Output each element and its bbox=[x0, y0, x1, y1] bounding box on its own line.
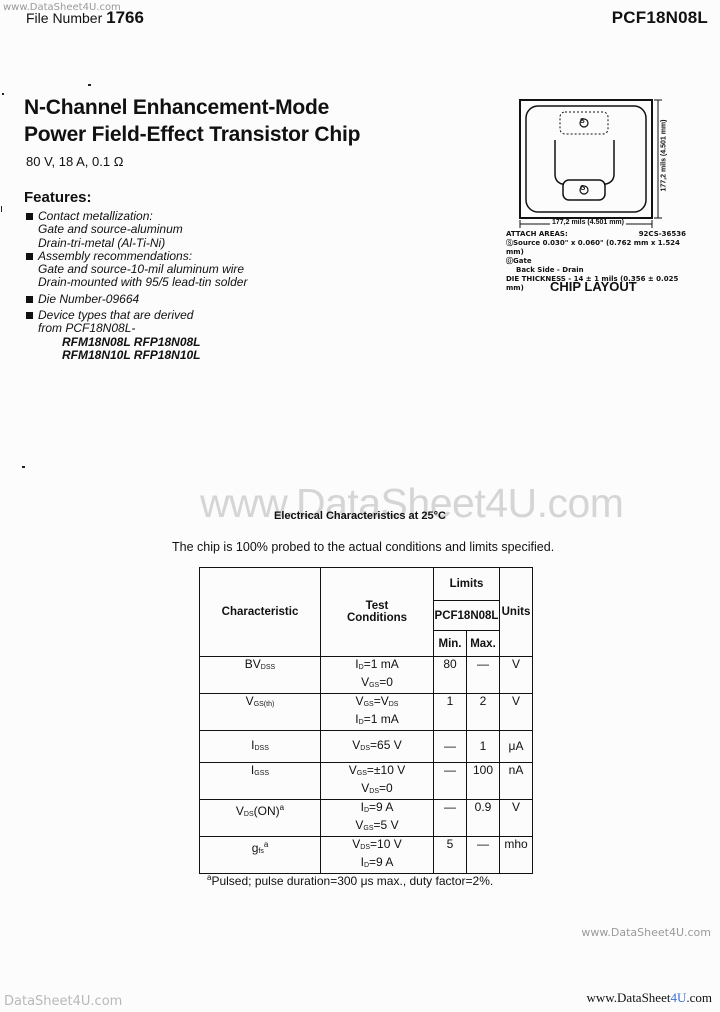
file-number-value: 1766 bbox=[106, 8, 144, 27]
cell-characteristic: gfsa bbox=[200, 837, 321, 874]
cell-characteristic: IGSS bbox=[200, 763, 321, 800]
cell-min: — bbox=[434, 731, 467, 763]
derived-devices-line: RFM18N10L RFP18N10L bbox=[38, 349, 324, 362]
table-row: VGS(th)VGS=VDSID=1 mA12V bbox=[200, 694, 533, 731]
title-line-2: Power Field-Effect Transistor Chip bbox=[24, 121, 360, 148]
feature-subtext: Drain-mounted with 95/5 lead-tin solder bbox=[38, 276, 324, 289]
bullet-icon bbox=[26, 253, 33, 260]
cell-units: nA bbox=[500, 763, 533, 800]
cell-characteristic: BVDSS bbox=[200, 657, 321, 694]
cell-min: — bbox=[434, 800, 467, 837]
cell-conditions: VDS=10 VID=9 A bbox=[321, 837, 434, 874]
footnote: aPulsed; pulse duration=300 μs max., dut… bbox=[207, 873, 493, 888]
cell-units: V bbox=[500, 657, 533, 694]
scan-speck bbox=[1, 206, 2, 212]
cell-units: V bbox=[500, 694, 533, 731]
feature-text: Device types that are derived bbox=[38, 309, 324, 322]
source-label: Source bbox=[513, 239, 540, 247]
watermark-bottom-right: www.DataSheet4U.com bbox=[586, 990, 712, 1006]
cell-units: mho bbox=[500, 837, 533, 874]
gate-label: Gate bbox=[513, 257, 532, 265]
cell-min: 5 bbox=[434, 837, 467, 874]
header-characteristic: Characteristic bbox=[200, 568, 321, 657]
cell-max: 1 bbox=[467, 731, 500, 763]
attach-areas-label: ATTACH AREAS: bbox=[506, 230, 568, 238]
cell-conditions: ID=1 mAVGS=0 bbox=[321, 657, 434, 694]
file-number: File Number 1766 bbox=[26, 8, 144, 28]
table-body: BVDSSID=1 mAVGS=080—VVGS(th)VGS=VDSID=1 … bbox=[200, 657, 533, 874]
feature-item: Assembly recommendations: Gate and sourc… bbox=[24, 250, 324, 290]
header-units: Units bbox=[500, 568, 533, 657]
scan-speck bbox=[22, 466, 25, 468]
cell-conditions: VGS=±10 VVDS=0 bbox=[321, 763, 434, 800]
feature-subtext: from PCF18N08L- bbox=[38, 322, 324, 335]
header-limits: Limits bbox=[434, 568, 500, 601]
cell-characteristic: VDS(ON)a bbox=[200, 800, 321, 837]
feature-subtext: Gate and source-10-mil aluminum wire bbox=[38, 263, 324, 276]
table-row: IGSSVGS=±10 VVDS=0—100nA bbox=[200, 763, 533, 800]
chip-layout-caption: CHIP LAYOUT bbox=[550, 279, 637, 294]
watermark-bottom-left: DataSheet4U.com bbox=[4, 994, 122, 1009]
header-max: Max. bbox=[467, 631, 500, 657]
bullet-icon bbox=[26, 296, 33, 303]
electrical-characteristics-table: Characteristic TestConditions Limits Uni… bbox=[199, 567, 533, 874]
scan-speck bbox=[88, 84, 91, 86]
header-test-conditions: TestConditions bbox=[321, 568, 434, 657]
electrical-description: The chip is 100% probed to the actual co… bbox=[172, 540, 554, 554]
derived-devices-line: RFM18N08L RFP18N08L bbox=[38, 336, 324, 349]
feature-item: Die Number-09664 bbox=[24, 293, 324, 306]
footnote-text: Pulsed; pulse duration=300 μs max., duty… bbox=[211, 874, 493, 888]
feature-subtext: Gate and source-aluminum bbox=[38, 223, 324, 236]
height-dimension: 177,2 mils (4.501 mm) bbox=[661, 116, 668, 196]
cell-min: 80 bbox=[434, 657, 467, 694]
header-min: Min. bbox=[434, 631, 467, 657]
cell-max: — bbox=[467, 657, 500, 694]
wm-post: .com bbox=[686, 990, 712, 1005]
feature-text: Contact metallization: bbox=[38, 210, 324, 223]
cell-conditions: ID=9 AVGS=5 V bbox=[321, 800, 434, 837]
watermark-mid-right: www.DataSheet4U.com bbox=[581, 926, 711, 939]
wm-pre: www.DataSheet bbox=[586, 990, 670, 1005]
table-row: VDS(ON)aID=9 AVGS=5 V—0.9V bbox=[200, 800, 533, 837]
bullet-icon bbox=[26, 213, 33, 220]
cell-characteristic: VGS(th) bbox=[200, 694, 321, 731]
part-number-header: PCF18N08L bbox=[612, 8, 708, 28]
electrical-title: Electrical Characteristics at 25°C bbox=[274, 510, 446, 522]
cell-max: 2 bbox=[467, 694, 500, 731]
wm-accent: 4U bbox=[670, 990, 686, 1005]
cell-min: 1 bbox=[434, 694, 467, 731]
title-line-1: N-Channel Enhancement-Mode bbox=[24, 94, 360, 121]
header-test-line2: Conditions bbox=[321, 612, 433, 624]
drawing-code: 92CS-36536 bbox=[639, 230, 686, 239]
cell-max: — bbox=[467, 837, 500, 874]
page-title: N-Channel Enhancement-Mode Power Field-E… bbox=[24, 94, 360, 148]
cell-min: — bbox=[434, 763, 467, 800]
gate-pad-label: G bbox=[580, 185, 585, 192]
back-side-note: Back Side - Drain bbox=[506, 266, 686, 275]
feature-item: Device types that are derived from PCF18… bbox=[24, 309, 324, 362]
scan-speck bbox=[2, 93, 4, 95]
cell-max: 0.9 bbox=[467, 800, 500, 837]
feature-subtext: Drain-tri-metal (Al-Ti-Ni) bbox=[38, 237, 324, 250]
cell-units: V bbox=[500, 800, 533, 837]
file-number-label: File Number bbox=[26, 10, 102, 26]
width-dimension: 177,2 mils (4.501 mm) bbox=[550, 219, 626, 226]
table-row: IDSSVDS=65 V—1μA bbox=[200, 731, 533, 763]
cell-characteristic: IDSS bbox=[200, 731, 321, 763]
header-part: PCF18N08L bbox=[434, 601, 500, 631]
cell-conditions: VDS=65 V bbox=[321, 731, 434, 763]
features-list: Contact metallization: Gate and source-a… bbox=[24, 210, 324, 362]
bullet-icon bbox=[26, 312, 33, 319]
cell-max: 100 bbox=[467, 763, 500, 800]
cell-units: μA bbox=[500, 731, 533, 763]
header-test-line1: Test bbox=[321, 600, 433, 612]
ratings: 80 V, 18 A, 0.1 Ω bbox=[26, 154, 123, 169]
feature-item: Contact metallization: Gate and source-a… bbox=[24, 210, 324, 250]
cell-conditions: VGS=VDSID=1 mA bbox=[321, 694, 434, 731]
feature-text: Die Number-09664 bbox=[38, 293, 324, 306]
source-pad-label: S bbox=[580, 118, 585, 125]
features-heading: Features: bbox=[24, 189, 92, 206]
feature-text: Assembly recommendations: bbox=[38, 250, 324, 263]
table-row: BVDSSID=1 mAVGS=080—V bbox=[200, 657, 533, 694]
table-row: gfsaVDS=10 VID=9 A5—mho bbox=[200, 837, 533, 874]
